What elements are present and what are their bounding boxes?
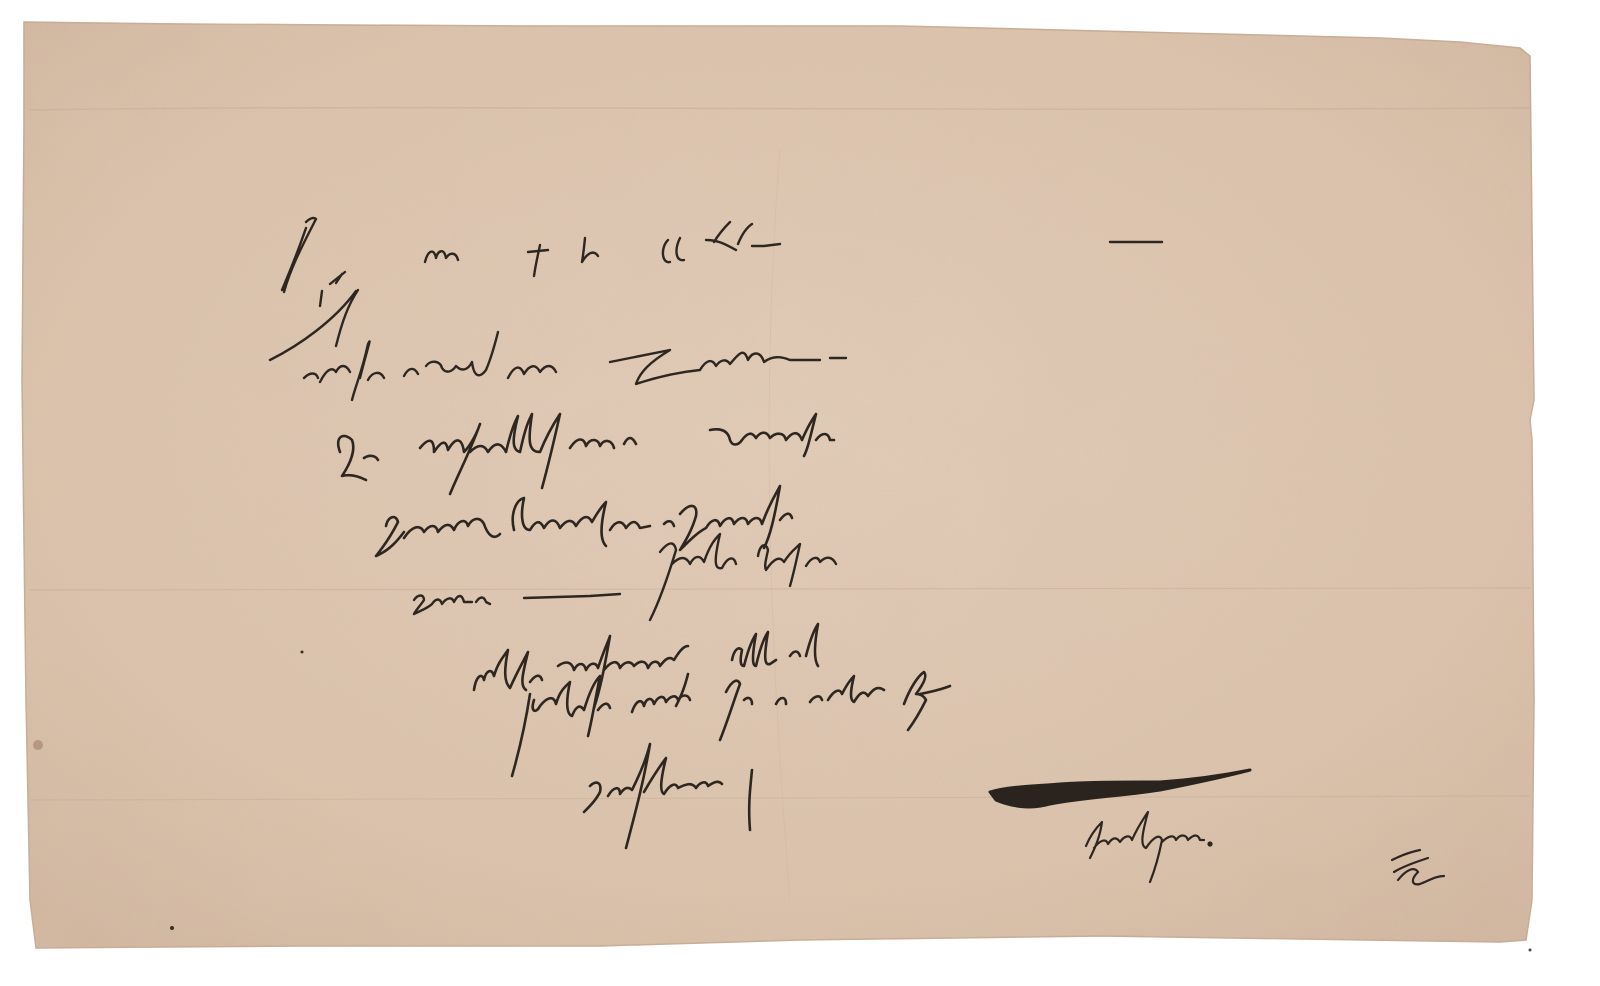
document-scan: Hier am 7 ten 12 Xbr — diesen Abend den … <box>0 0 1600 986</box>
aged-paper-sheet <box>0 0 1600 986</box>
